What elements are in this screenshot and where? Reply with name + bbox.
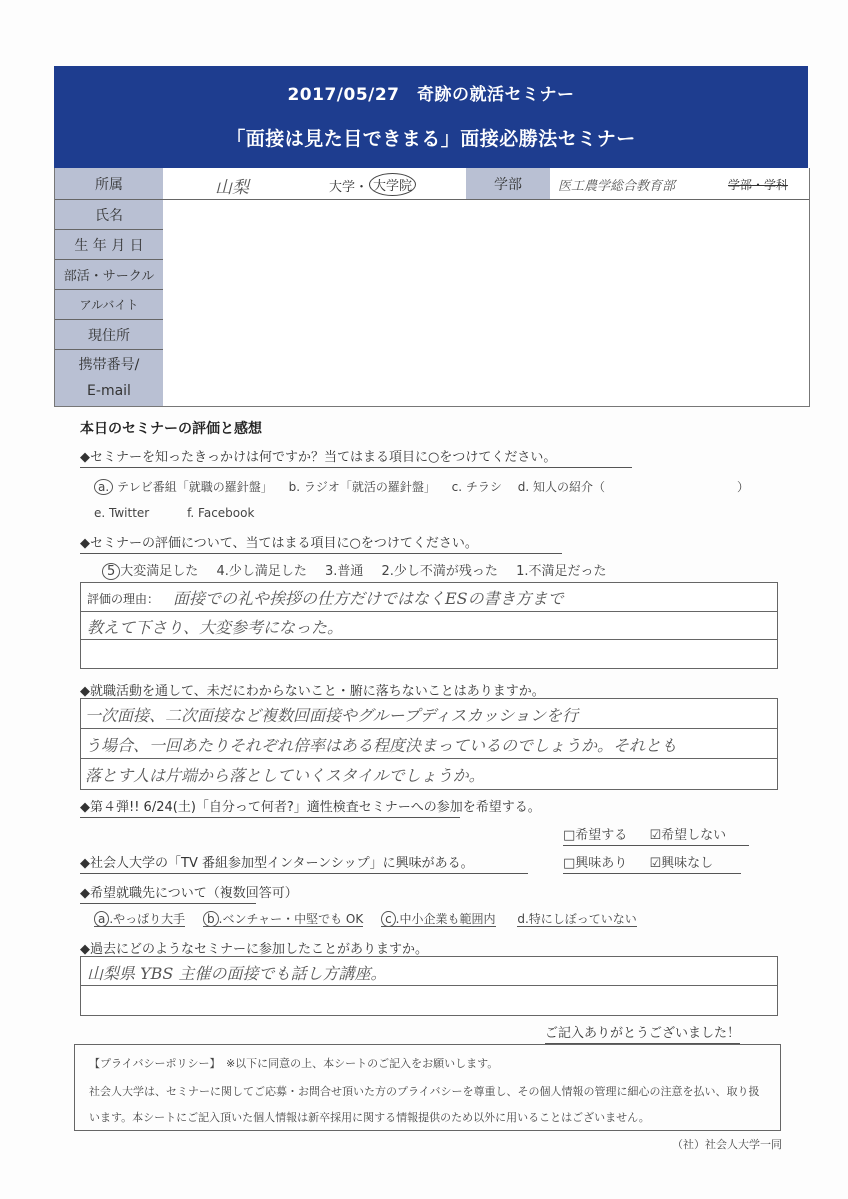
q1-options-row2: e. Twitter f. Facebook	[94, 506, 254, 520]
privacy-policy-box: 【プライバシーポリシー】 ※以下に同意の上、本シートのご記入をお願いします。 社…	[74, 1044, 781, 1131]
q1-option-b[interactable]: b. ラジオ「就活の羅針盤」	[289, 480, 436, 494]
q6-option-b[interactable]: b.ベンチャー・中堅でも OK	[203, 912, 363, 927]
faculty-label: 学部	[466, 168, 550, 200]
affiliation-value: 山梨	[215, 173, 249, 198]
q7-answer-box[interactable]: 山梨県 YBS 主催の面接でも話し方講座。	[80, 956, 778, 1016]
q6-option-b-text: .ベンチャー・中堅でも OK	[219, 912, 364, 926]
q4-question: ◆第４弾!! 6/24(土)「自分って何者?」適性検査セミナーへの参加を希望する…	[80, 796, 460, 818]
q5-option-no-checked[interactable]: ☑興味なし	[649, 856, 713, 871]
birthdate-label: 生 年 月 日	[55, 230, 163, 260]
q2-question: ◆セミナーの評価について、当てはまる項目に○をつけてください。	[80, 532, 562, 554]
q1-option-e[interactable]: e. Twitter	[94, 506, 149, 520]
q1-option-a-circled[interactable]: a.	[94, 479, 113, 495]
header-date-title: 2017/05/27 奇跡の就活セミナー	[54, 80, 808, 105]
privacy-signature: （社）社会人大学一同	[672, 1136, 782, 1152]
q2-reason-line1: 面接での礼や挨拶の仕方だけではなくESの書き方まで	[173, 586, 564, 609]
q3-question: ◆就職活動を通して、未だにわからないこと・腑に落ちないことはありますか。	[80, 680, 545, 699]
q3-answer-line2: う場合、一回あたりそれぞれ倍率はある程度決まっているのでしょうか。それとも	[85, 733, 677, 756]
q6-option-c[interactable]: c.中小企業も範囲内	[381, 912, 495, 927]
contact-label-line2: E-mail	[87, 378, 131, 404]
affiliation-field[interactable]: 山梨 大学・ 大学院	[163, 168, 466, 200]
q2-reason-box[interactable]: 評価の理由： 面接での礼や挨拶の仕方だけではなくESの書き方まで 教えて下さり、…	[80, 582, 778, 669]
q2-option-5-circled[interactable]: 5	[102, 563, 120, 580]
q7-question: ◆過去にどのようなセミナーに参加したことがありますか。	[80, 938, 428, 957]
q3-answer-line3: 落とす人は片端から落としていくスタイルでしょうか。	[85, 763, 485, 786]
thanks-message: ご記入ありがとうございました！	[545, 1022, 740, 1044]
address-label: 現住所	[55, 320, 163, 350]
q4-option-yes[interactable]: □希望する	[563, 828, 627, 843]
parttime-label: アルバイト	[55, 290, 163, 320]
q1-options-row1: a. テレビ番組「就職の羅針盤」 b. ラジオ「就活の羅針盤」 c. チラシ d…	[94, 478, 605, 495]
name-label: 氏名	[55, 200, 163, 230]
profile-grid: 所属 山梨 大学・ 大学院 学部 医工農学総合教育部 学部・学科 氏名 生 年 …	[54, 168, 810, 407]
q2-reason-line2: 教えて下さり、大変参考になった。	[87, 615, 343, 638]
contact-label-line1: 携帯番号/	[79, 352, 140, 378]
survey-title: 本日のセミナーの評価と感想	[80, 418, 262, 438]
q6-option-a[interactable]: a.やっぱり大手	[94, 912, 185, 927]
q6-question: ◆希望就職先について（複数回答可）	[80, 882, 256, 904]
q6-option-c-text: .中小企業も範囲内	[396, 912, 496, 926]
q2-option-5-text: 大変満足した	[120, 564, 198, 579]
faculty-value: 医工農学総合教育部	[558, 175, 675, 194]
q4-options: □希望する ☑希望しない	[563, 824, 749, 846]
q5-option-yes[interactable]: □興味あり	[563, 856, 627, 871]
q4-option-no-checked[interactable]: ☑希望しない	[649, 828, 726, 843]
q1-option-a-text: テレビ番組「就職の羅針盤」	[117, 480, 273, 494]
q1-option-d-close: ）	[737, 478, 749, 495]
q2-option-4[interactable]: 4.少し満足した	[216, 564, 306, 579]
q2-option-1[interactable]: 1.不満足だった	[516, 564, 606, 579]
q2-option-3[interactable]: 3.普通	[325, 564, 363, 579]
q5-options: □興味あり ☑興味なし	[563, 852, 741, 874]
form-header: 2017/05/27 奇跡の就活セミナー 「面接は見た目できまる」面接必勝法セミ…	[54, 66, 808, 168]
faculty-suffix: 学部・学科	[728, 176, 788, 193]
header-seminar-title: 「面接は見た目できまる」面接必勝法セミナー	[54, 124, 808, 151]
contact-label: 携帯番号/ E-mail	[55, 350, 163, 406]
q6-option-a-circle: a	[94, 911, 109, 927]
privacy-title: 【プライバシーポリシー】 ※以下に同意の上、本シートのご記入をお願いします。	[89, 1055, 498, 1071]
q7-answer-line1: 山梨県 YBS 主催の面接でも話し方講座。	[87, 961, 386, 984]
q1-question: ◆セミナーを知ったきっかけは何ですか？当てはまる項目に○をつけてください。	[80, 446, 632, 468]
q1-option-f[interactable]: f. Facebook	[187, 506, 254, 520]
q2-option-2[interactable]: 2.少し不満が残った	[382, 564, 498, 579]
q1-option-d[interactable]: d. 知人の紹介（	[518, 480, 605, 494]
profile-blank-area[interactable]	[163, 200, 809, 406]
q3-answer-line1: 一次面接、二次面接など複数回面接やグループディスカッションを行	[85, 703, 578, 726]
univ-suffix: 大学・	[329, 176, 368, 195]
privacy-line1: 社会人大学は、セミナーに関してご応募・お問合せ頂いた方のプライバシーを尊重し、そ…	[89, 1083, 759, 1099]
q6-option-a-text: .やっぱり大手	[109, 912, 185, 926]
q2-options: 5大変満足した 4.少し満足した 3.普通 2.少し不満が残った 1.不満足だっ…	[102, 560, 606, 580]
q5-question: ◆社会人大学の「TV 番組参加型インターンシップ」に興味がある。	[80, 852, 528, 874]
affiliation-label: 所属	[55, 168, 163, 200]
q6-option-b-circle: b	[203, 911, 219, 927]
q6-option-c-circle: c	[381, 911, 396, 927]
q6-options: a.やっぱり大手 b.ベンチャー・中堅でも OK c.中小企業も範囲内 d.特に…	[94, 910, 637, 927]
q3-answer-box[interactable]: 一次面接、二次面接など複数回面接やグループディスカッションを行 う場合、一回あた…	[80, 698, 778, 790]
q2-reason-label: 評価の理由：	[87, 590, 159, 607]
q6-option-d[interactable]: d.特にしぼっていない	[517, 912, 636, 927]
grad-school-circled: 大学院	[369, 173, 416, 196]
club-label: 部活・サークル	[55, 260, 163, 290]
faculty-field[interactable]: 医工農学総合教育部 学部・学科	[550, 168, 809, 200]
q1-option-c[interactable]: c. チラシ	[452, 480, 502, 494]
privacy-line2: います。本シートにご記入頂いた個人情報は新卒採用に関する情報提供のため以外に用い…	[89, 1109, 650, 1125]
